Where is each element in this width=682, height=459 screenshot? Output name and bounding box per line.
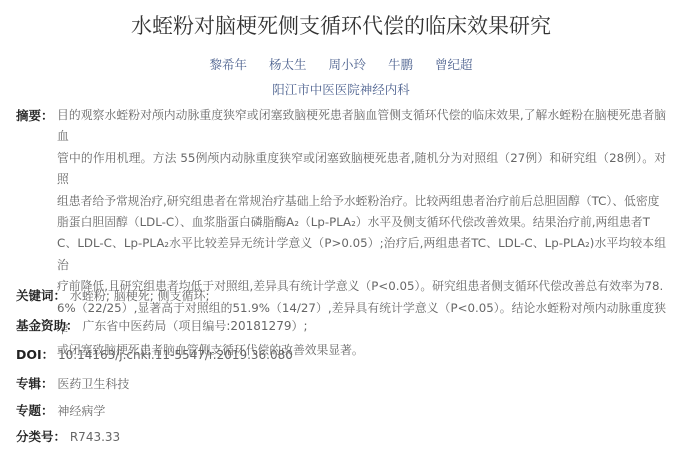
series-row: 专辑： 医药卫生科技 (16, 374, 129, 392)
abstract-line: 脂蛋白胆固醇（LDL-C）、血浆脂蛋白磷脂酶A₂（Lp-PLA₂）水平及侧支循环… (57, 212, 666, 233)
author-link[interactable]: 黎希年 (209, 57, 247, 72)
series-value: 医药卫生科技 (57, 377, 129, 391)
author-link[interactable]: 杨太生 (269, 57, 307, 72)
classification-row: 分类号： R743.33 (16, 427, 120, 445)
author-list: 黎希年 杨太生 周小玲 牛鹏 曾纪超 (0, 55, 682, 73)
subject-label: 专题： (16, 403, 54, 418)
doi-label: DOI： (16, 347, 54, 362)
abstract-line: C、LDL-C、Lp-PLA₂水平比较差异无统计学意义（P>0.05）;治疗后,… (57, 233, 666, 276)
author-link[interactable]: 曾纪超 (435, 57, 473, 72)
fund-row: 基金资助： 广东省中医药局（项目编号:20181279）; (16, 316, 308, 334)
subject-value: 神经病学 (57, 404, 105, 418)
doi-value: 10.14163/j.cnki.11-5547/r.2019.36.080 (58, 348, 293, 362)
fund-label: 基金资助： (16, 318, 79, 333)
paper-title: 水蛭粉对脑梗死侧支循环代偿的临床效果研究 (0, 10, 682, 40)
author-link[interactable]: 周小玲 (328, 57, 366, 72)
abstract-line: 组患者给予常规治疗,研究组患者在常规治疗基础上给予水蛭粉治疗。比较两组患者治疗前… (57, 191, 666, 212)
keywords-label: 关键词： (16, 288, 66, 303)
keywords-row: 关键词： 水蛭粉; 脑梗死; 侧支循环; (16, 286, 210, 304)
abstract-label: 摘要： (16, 105, 54, 126)
abstract-line: 管中的作用机理。方法 55例颅内动脉重度狭窄或闭塞致脑梗死患者,随机分为对照组（… (57, 148, 666, 191)
subject-row: 专题： 神经病学 (16, 401, 105, 419)
series-label: 专辑： (16, 376, 54, 391)
classification-label: 分类号： (16, 429, 66, 444)
doi-row: DOI： 10.14163/j.cnki.11-5547/r.2019.36.0… (16, 345, 293, 363)
abstract-line: 目的观察水蛭粉对颅内动脉重度狭窄或闭塞致脑梗死患者脑血管侧支循环代偿的临床效果,… (57, 105, 666, 148)
keywords-value[interactable]: 水蛭粉; 脑梗死; 侧支循环; (70, 289, 210, 303)
fund-value[interactable]: 广东省中医药局（项目编号:20181279）; (82, 319, 307, 333)
affiliation-link[interactable]: 阳江市中医医院神经内科 (0, 80, 682, 98)
classification-value: R743.33 (70, 430, 120, 444)
author-link[interactable]: 牛鹏 (388, 57, 413, 72)
